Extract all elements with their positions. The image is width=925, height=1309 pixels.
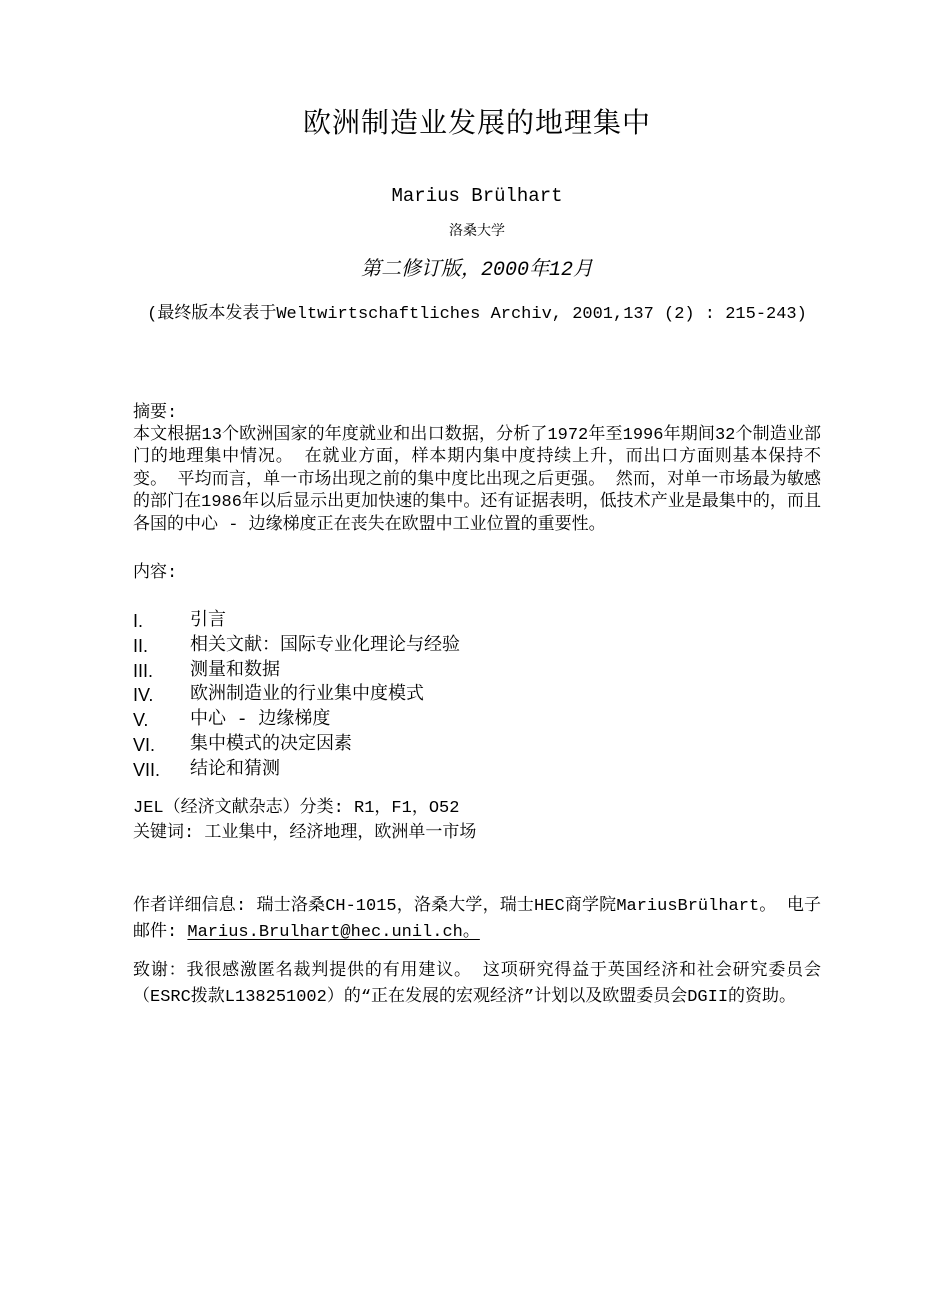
toc-item-numeral: V. — [133, 708, 190, 733]
toc-item: III. 测量和数据 — [133, 659, 821, 684]
toc-item: I. 引言 — [133, 609, 821, 634]
author-affiliation: 洛桑大学 — [133, 221, 821, 239]
abstract-text: 本文根据13个欧洲国家的年度就业和出口数据，分析了1972年至1996年期间32… — [133, 425, 821, 537]
toc-item-label: 欧洲制造业的行业集中度模式 — [190, 683, 821, 708]
toc-item-numeral: I. — [133, 609, 190, 634]
abstract-label: 摘要: — [133, 403, 821, 425]
table-of-contents: I. 引言 II. 相关文献：国际专业化理论与经验 III. 测量和数据 IV.… — [133, 609, 821, 783]
toc-item-numeral: IV. — [133, 683, 190, 708]
toc-item-label: 测量和数据 — [190, 659, 821, 684]
acknowledgements: 致谢：我很感激匿名裁判提供的有用建议。 这项研究得益于英国经济和社会研究委员会（… — [133, 959, 821, 1011]
toc-item: V. 中心 - 边缘梯度 — [133, 708, 821, 733]
toc-item: VI. 集中模式的决定因素 — [133, 733, 821, 758]
paper-title: 欧洲制造业发展的地理集中 — [133, 106, 821, 140]
toc-item-numeral: VI. — [133, 733, 190, 758]
email-link[interactable]: Marius.Brulhart@hec.unil.ch。 — [187, 923, 479, 942]
keywords: 关键词: 工业集中，经济地理，欧洲单一市场 — [133, 821, 821, 846]
author-name: Marius Brülhart — [133, 184, 821, 208]
toc-item-label: 结论和猜测 — [190, 758, 821, 783]
publication-note: (最终版本发表于Weltwirtschaftliches Archiv, 200… — [133, 303, 821, 327]
author-details: 作者详细信息: 瑞士洛桑CH-1015，洛桑大学，瑞士HEC商学院MariusB… — [133, 894, 821, 946]
document-page: 欧洲制造业发展的地理集中 Marius Brülhart 洛桑大学 第二修订版，… — [133, 0, 821, 1011]
toc-item-label: 相关文献：国际专业化理论与经验 — [190, 634, 821, 659]
toc-item: II. 相关文献：国际专业化理论与经验 — [133, 634, 821, 659]
toc-item-label: 中心 - 边缘梯度 — [190, 708, 821, 733]
jel-classification: JEL（经济文献杂志）分类: R1，F1，O52 — [133, 796, 821, 821]
version-note: 第二修订版，2000年12月 — [133, 258, 821, 284]
toc-item: IV. 欧洲制造业的行业集中度模式 — [133, 683, 821, 708]
toc-item-label: 集中模式的决定因素 — [190, 733, 821, 758]
toc-item-numeral: VII. — [133, 758, 190, 783]
toc-item: VII. 结论和猜测 — [133, 758, 821, 783]
toc-item-label: 引言 — [190, 609, 821, 634]
contents-label: 内容: — [133, 563, 821, 585]
toc-item-numeral: II. — [133, 634, 190, 659]
toc-item-numeral: III. — [133, 659, 190, 684]
